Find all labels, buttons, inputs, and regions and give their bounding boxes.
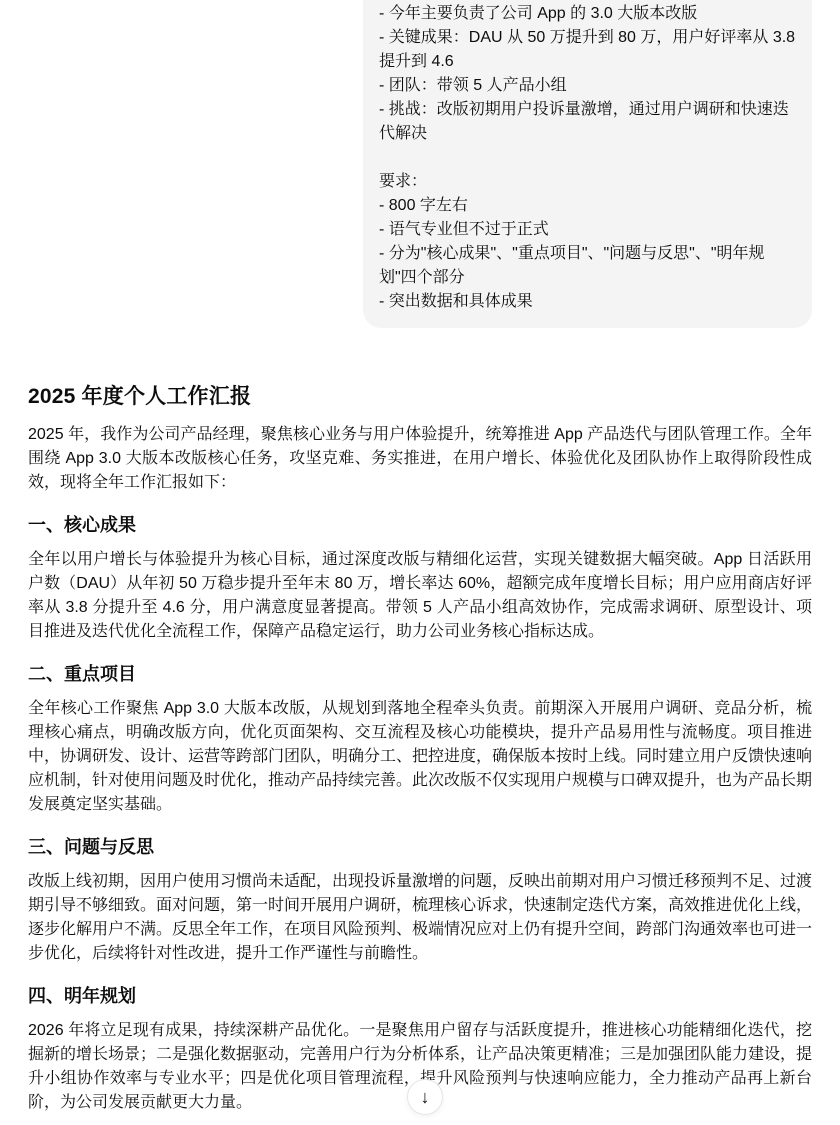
report-section-key-projects: 二、重点项目 全年核心工作聚焦 App 3.0 大版本改版，从规划到落地全程牵头… [28,662,812,817]
section-body: 全年核心工作聚焦 App 3.0 大版本改版，从规划到落地全程牵头负责。前期深入… [28,697,812,817]
scroll-to-bottom-button[interactable]: ↓ [407,1079,443,1115]
report-intro: 2025 年，我作为公司产品经理，聚焦核心业务与用户体验提升，统筹推进 App … [28,423,812,495]
user-message-line: - 团队：带领 5 人产品小组 [379,74,796,98]
report-section-problems-reflection: 三、问题与反思 改版上线初期，因用户使用习惯尚未适配，出现投诉量激增的问题，反映… [28,835,812,966]
user-message-blank-line [379,146,796,170]
user-message-line: - 800 字左右 [379,194,796,218]
section-heading: 四、明年规划 [28,984,812,1008]
user-message-line: 要求： [379,170,796,194]
section-body: 改版上线初期，因用户使用习惯尚未适配，出现投诉量激增的问题，反映出前期对用户习惯… [28,870,812,966]
user-message-line: - 分为"核心成果"、"重点项目"、"问题与反思"、"明年规划"四个部分 [379,242,796,290]
chat-thread: - 我是一家互联网公司的产品经理 - 今年主要负责了公司 App 的 3.0 大… [28,0,812,1115]
user-message-line: - 挑战：改版初期用户投诉量激增，通过用户调研和快速迭代解决 [379,98,796,146]
section-heading: 三、问题与反思 [28,835,812,859]
assistant-message: 2025 年度个人工作汇报 2025 年，我作为公司产品经理，聚焦核心业务与用户… [28,384,812,1115]
section-heading: 二、重点项目 [28,662,812,686]
report-title: 2025 年度个人工作汇报 [28,384,812,410]
user-message-line: - 今年主要负责了公司 App 的 3.0 大版本改版 [379,2,796,26]
user-message-line: - 关键成果：DAU 从 50 万提升到 80 万，用户好评率从 3.8 提升到… [379,26,796,74]
section-heading: 一、核心成果 [28,513,812,537]
user-message-bubble: - 我是一家互联网公司的产品经理 - 今年主要负责了公司 App 的 3.0 大… [363,0,812,328]
section-body: 全年以用户增长与体验提升为核心目标，通过深度改版与精细化运营，实现关键数据大幅突… [28,548,812,644]
down-arrow-icon: ↓ [421,1088,430,1106]
report-section-core-results: 一、核心成果 全年以用户增长与体验提升为核心目标，通过深度改版与精细化运营，实现… [28,513,812,644]
user-message-line: - 语气专业但不过于正式 [379,218,796,242]
user-message-line: - 突出数据和具体成果 [379,290,796,314]
